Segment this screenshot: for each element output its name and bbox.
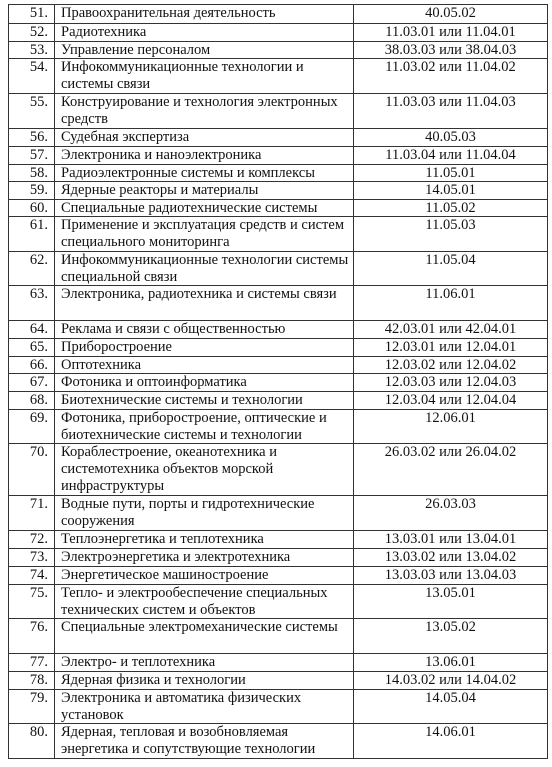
table-row: 54.Инфокоммуникационные технологии и сис… [8, 58, 548, 93]
row-number: 66. [8, 357, 55, 373]
row-number: 73. [8, 549, 55, 566]
row-number: 80. [8, 724, 55, 758]
specialty-code: 13.06.01 [353, 654, 548, 671]
specialty-name: Применение и эксплуатация средств и сист… [55, 217, 353, 251]
row-number: 59. [8, 182, 55, 199]
row-number: 71. [8, 496, 55, 530]
specialty-code: 40.05.02 [353, 5, 548, 23]
specialty-name: Энергетическое машиностроение [55, 567, 353, 584]
specialty-name: Специальные радиотехнические системы [55, 200, 353, 216]
table-row: 65.Приборостроение12.03.01 или 12.04.01 [8, 338, 548, 356]
specialty-code: 40.05.03 [353, 129, 548, 146]
table-row: 73.Электроэнергетика и электротехника13.… [8, 548, 548, 566]
row-number: 74. [8, 567, 55, 584]
specialty-name: Теплоэнергетика и теплотехника [55, 531, 353, 548]
specialty-code: 14.03.02 или 14.04.02 [353, 672, 548, 689]
specialty-name: Инфокоммуникационные технологии и систем… [55, 59, 353, 93]
specialty-code: 12.03.03 или 12.04.03 [353, 374, 548, 391]
specialty-code: 14.05.01 [353, 182, 548, 199]
specialty-name: Электроника и автоматика физических уста… [55, 690, 353, 723]
table-row: 76.Специальные электромеханические систе… [8, 618, 548, 653]
specialty-code: 12.03.01 или 12.04.01 [353, 339, 548, 356]
specialty-name: Электро- и теплотехника [55, 654, 353, 671]
table-row: 75.Тепло- и электрообеспечение специальн… [8, 584, 548, 618]
specialty-name: Водные пути, порты и гидротехнические со… [55, 496, 353, 530]
specialty-code: 26.03.03 [353, 496, 548, 530]
table-row: 56.Судебная экспертиза40.05.03 [8, 128, 548, 146]
table-row: 79.Электроника и автоматика физических у… [8, 689, 548, 723]
table-row: 57.Электроника и наноэлектроника11.03.04… [8, 146, 548, 164]
row-number: 76. [8, 619, 55, 653]
specialty-name: Радиотехника [55, 24, 353, 41]
row-number: 58. [8, 165, 55, 181]
row-number: 75. [8, 585, 55, 618]
row-number: 79. [8, 690, 55, 723]
specialty-name: Реклама и связи с общественностью [55, 321, 353, 338]
row-number: 64. [8, 321, 55, 338]
specialty-code: 38.03.03 или 38.04.03 [353, 42, 548, 58]
specialty-name: Ядерные реакторы и материалы [55, 182, 353, 199]
table-row: 69.Фотоника, приборостроение, оптические… [8, 409, 548, 443]
table-row: 55.Конструирование и технология электрон… [8, 93, 548, 128]
specialty-code: 11.05.04 [353, 252, 548, 285]
row-number: 52. [8, 24, 55, 41]
table-row: 67.Фотоника и оптоинформатика12.03.03 ил… [8, 373, 548, 391]
table-row: 71.Водные пути, порты и гидротехнические… [8, 495, 548, 530]
table-row: 53.Управление персоналом38.03.03 или 38.… [8, 41, 548, 58]
specialty-name: Специальные электромеханические системы [55, 619, 353, 653]
specialty-code: 13.03.02 или 13.04.02 [353, 549, 548, 566]
specialty-code: 11.06.01 [353, 286, 548, 320]
table-row: 63.Электроника, радиотехника и системы с… [8, 285, 548, 320]
row-number: 61. [8, 217, 55, 251]
table-row: 72.Теплоэнергетика и теплотехника13.03.0… [8, 530, 548, 548]
row-number: 56. [8, 129, 55, 146]
row-number: 68. [8, 392, 55, 409]
specialty-name: Ядерная, тепловая и возобновляемая энерг… [55, 724, 353, 758]
row-number: 78. [8, 672, 55, 689]
specialty-code: 14.06.01 [353, 724, 548, 758]
row-number: 53. [8, 42, 55, 58]
specialty-name: Оптотехника [55, 357, 353, 373]
table-row: 78.Ядерная физика и технологии14.03.02 и… [8, 671, 548, 689]
row-number: 57. [8, 147, 55, 164]
specialty-name: Ядерная физика и технологии [55, 672, 353, 689]
table-row: 77.Электро- и теплотехника13.06.01 [8, 653, 548, 671]
row-number: 65. [8, 339, 55, 356]
specialty-name: Судебная экспертиза [55, 129, 353, 146]
specialty-name: Конструирование и технология электронных… [55, 94, 353, 128]
specialty-code: 12.03.04 или 12.04.04 [353, 392, 548, 409]
specialty-name: Фотоника и оптоинформатика [55, 374, 353, 391]
table-row: 60.Специальные радиотехнические системы1… [8, 199, 548, 216]
row-number: 55. [8, 94, 55, 128]
table-row: 70.Кораблестроение, океанотехника и сист… [8, 443, 548, 495]
row-number: 51. [8, 5, 55, 23]
specialty-name: Приборостроение [55, 339, 353, 356]
specialty-name: Инфокоммуникационные технологии системы … [55, 252, 353, 285]
row-number: 70. [8, 444, 55, 495]
table-row: 59.Ядерные реакторы и материалы14.05.01 [8, 181, 548, 199]
specialty-code: 12.06.01 [353, 410, 548, 443]
specialty-name: Кораблестроение, океанотехника и системо… [55, 444, 353, 495]
specialty-code: 11.03.04 или 11.04.04 [353, 147, 548, 164]
row-number: 69. [8, 410, 55, 443]
specialty-name: Биотехнические системы и технологии [55, 392, 353, 409]
specialty-code: 13.05.01 [353, 585, 548, 618]
specialty-name: Тепло- и электрообеспечение специальных … [55, 585, 353, 618]
row-number: 62. [8, 252, 55, 285]
table-row: 68.Биотехнические системы и технологии12… [8, 391, 548, 409]
specialty-name: Управление персоналом [55, 42, 353, 58]
row-number: 63. [8, 286, 55, 320]
specialty-code: 13.03.01 или 13.04.01 [353, 531, 548, 548]
specialty-code: 42.03.01 или 42.04.01 [353, 321, 548, 338]
row-number: 77. [8, 654, 55, 671]
specialty-name: Фотоника, приборостроение, оптические и … [55, 410, 353, 443]
specialty-name: Радиоэлектронные системы и комплексы [55, 165, 353, 181]
table-row: 61.Применение и эксплуатация средств и с… [8, 216, 548, 251]
specialty-code: 13.03.03 или 13.04.03 [353, 567, 548, 584]
specialty-name: Электроника, радиотехника и системы связ… [55, 286, 353, 320]
row-number: 72. [8, 531, 55, 548]
specialty-code: 11.03.02 или 11.04.02 [353, 59, 548, 93]
table-row: 52.Радиотехника11.03.01 или 11.04.01 [8, 23, 548, 41]
specialty-code: 11.05.02 [353, 200, 548, 216]
specialty-code: 11.03.01 или 11.04.01 [353, 24, 548, 41]
specialty-code: 26.03.02 или 26.04.02 [353, 444, 548, 495]
table-row: 80.Ядерная, тепловая и возобновляемая эн… [8, 723, 548, 759]
specialty-code: 14.05.04 [353, 690, 548, 723]
table-row: 64.Реклама и связи с общественностью42.0… [8, 320, 548, 338]
specialty-code: 11.05.01 [353, 165, 548, 181]
specialty-code: 12.03.02 или 12.04.02 [353, 357, 548, 373]
row-number: 54. [8, 59, 55, 93]
table-row: 74.Энергетическое машиностроение13.03.03… [8, 566, 548, 584]
specialty-code: 13.05.02 [353, 619, 548, 653]
specialty-name: Электроэнергетика и электротехника [55, 549, 353, 566]
table-row: 66.Оптотехника12.03.02 или 12.04.02 [8, 356, 548, 373]
specialty-code: 11.05.03 [353, 217, 548, 251]
table-row: 51.Правоохранительная деятельность40.05.… [8, 4, 548, 23]
specialty-name: Электроника и наноэлектроника [55, 147, 353, 164]
specialty-name: Правоохранительная деятельность [55, 5, 353, 23]
table-row: 58.Радиоэлектронные системы и комплексы1… [8, 164, 548, 181]
row-number: 60. [8, 200, 55, 216]
specialties-table: 51.Правоохранительная деятельность40.05.… [0, 0, 552, 767]
specialty-code: 11.03.03 или 11.04.03 [353, 94, 548, 128]
row-number: 67. [8, 374, 55, 391]
table-row: 62.Инфокоммуникационные технологии систе… [8, 251, 548, 285]
